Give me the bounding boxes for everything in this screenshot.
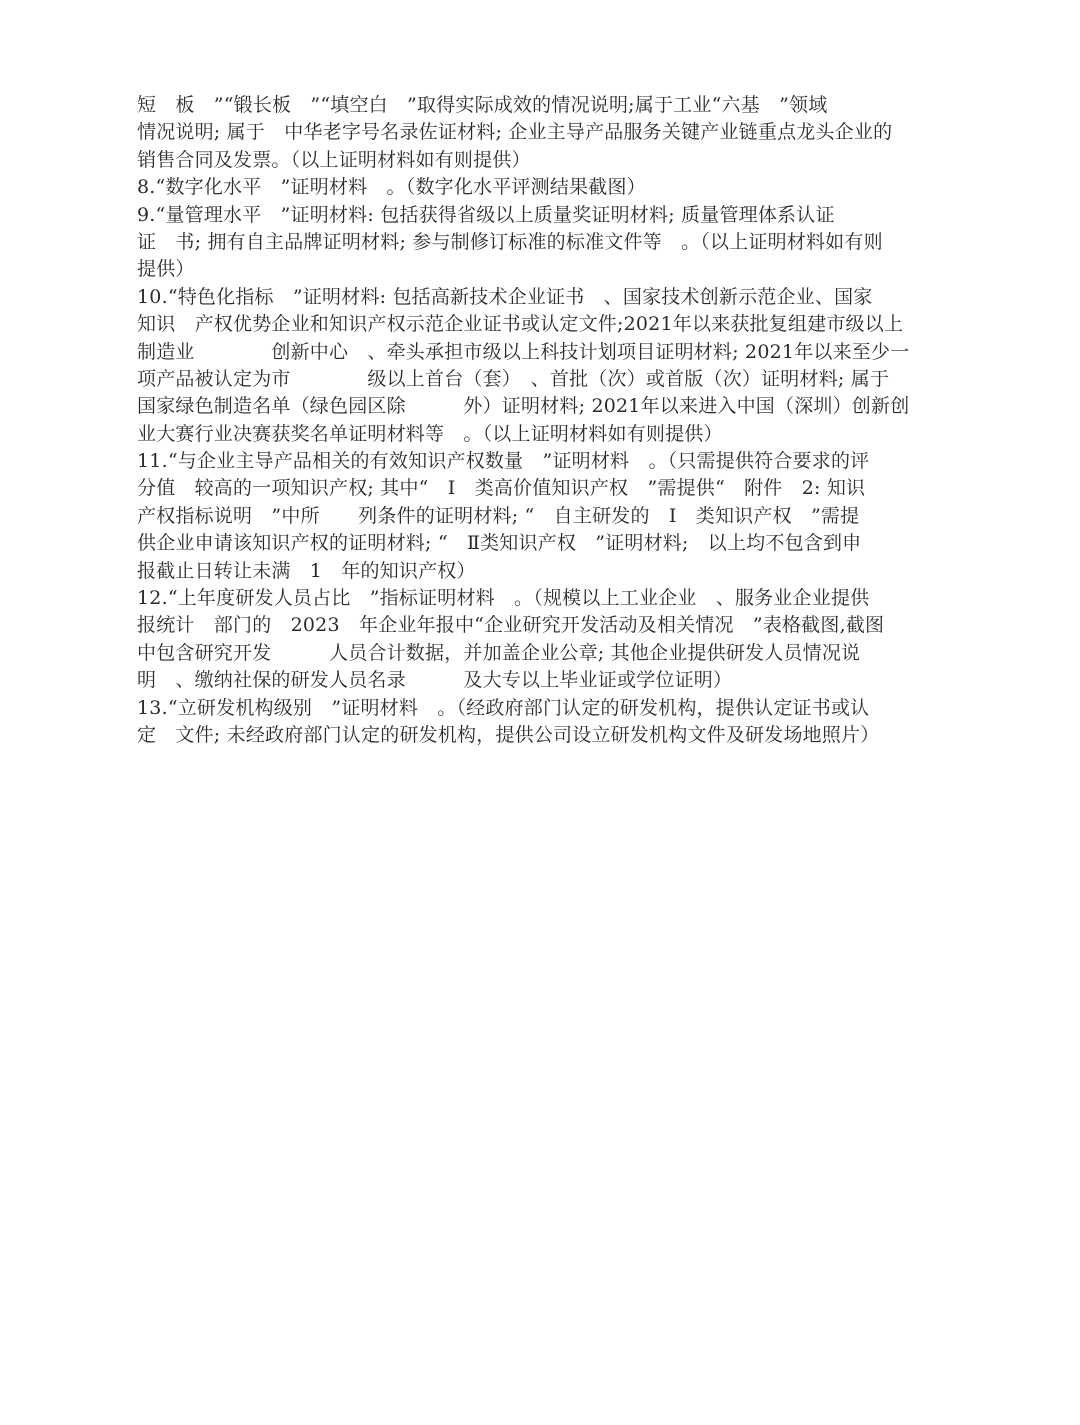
text-line: 制造业 创新中心 、牵头承担市级以上科技计划项目证明材料; 2021年以来至少一 (137, 339, 992, 366)
text-line: 供企业申请该知识产权的证明材料; “ Ⅱ类知识产权 ”证明材料; 以上均不包含到… (137, 530, 992, 557)
text-line: 项产品被认定为市 级以上首台（套） 、首批（次）或首版（次）证明材料; 属于 (137, 366, 992, 393)
item-11-line: 11.“与企业主导产品相关的有效知识产权数量 ”证明材料 。（只需提供符合要求的… (137, 448, 992, 475)
text-line: 知识 产权优势企业和知识产权示范企业证书或认定文件;2021年以来获批复组建市级… (137, 311, 992, 338)
text-line: 产权指标说明 ”中所 列条件的证明材料; “ 自主研发的 Ⅰ 类知识产权 ”需提 (137, 503, 992, 530)
text-line: 定 文件; 未经政府部门认定的研发机构，提供公司设立研发机构文件及研发场地照片） (137, 722, 992, 749)
text-line: 中包含研究开发 人员合计数据，并加盖企业公章; 其他企业提供研发人员情况说 (137, 640, 992, 667)
item-9-line: 9.“量管理水平 ”证明材料: 包括获得省级以上质量奖证明材料; 质量管理体系认… (137, 202, 992, 229)
text-line: 分值 较高的一项知识产权; 其中“ Ⅰ 类高价值知识产权 ”需提供“ 附件 2:… (137, 475, 992, 502)
text-line: 情况说明; 属于 中华老字号名录佐证材料; 企业主导产品服务关键产业链重点龙头企… (137, 119, 992, 146)
text-line: 国家绿色制造名单（绿色园区除 外）证明材料; 2021年以来进入中国（深圳）创新… (137, 393, 992, 420)
text-line: 销售合同及发票。（以上证明材料如有则提供） (137, 147, 992, 174)
text-line: 业大赛行业决赛获奖名单证明材料等 。（以上证明材料如有则提供） (137, 421, 992, 448)
document-page: 短 板 ”“锻长板 ”“填空白 ”取得实际成效的情况说明;属于工业“六基 ”领域… (137, 92, 992, 749)
item-10-line: 10.“特色化指标 ”证明材料: 包括高新技术企业证书 、国家技术创新示范企业、… (137, 284, 992, 311)
item-8-line: 8.“数字化水平 ”证明材料 。（数字化水平评测结果截图） (137, 174, 992, 201)
text-line: 报截止日转让未满 1 年的知识产权） (137, 558, 992, 585)
item-13-line: 13.“立研发机构级别 ”证明材料 。（经政府部门认定的研发机构，提供认定证书或… (137, 695, 992, 722)
text-line: 证 书; 拥有自主品牌证明材料; 参与制修订标准的标准文件等 。（以上证明材料如… (137, 229, 992, 256)
text-line: 报统计 部门的 2023 年企业年报中“企业研究开发活动及相关情况 ”表格截图,… (137, 612, 992, 639)
text-line: 短 板 ”“锻长板 ”“填空白 ”取得实际成效的情况说明;属于工业“六基 ”领域 (137, 92, 992, 119)
text-line: 明 、缴纳社保的研发人员名录 及大专以上毕业证或学位证明） (137, 667, 992, 694)
item-12-line: 12.“上年度研发人员占比 ”指标证明材料 。（规模以上工业企业 、服务业企业提… (137, 585, 992, 612)
text-line: 提供） (137, 256, 992, 283)
